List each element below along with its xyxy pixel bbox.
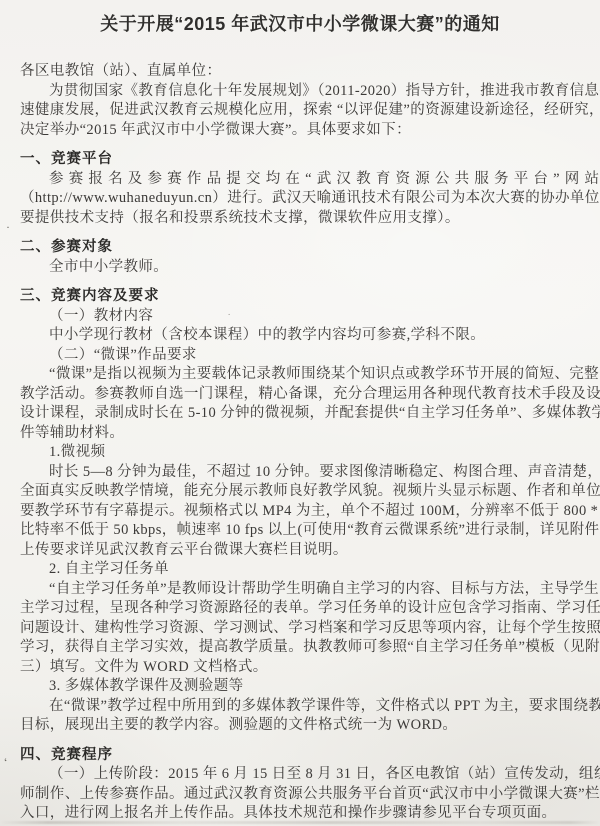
text-line [20,277,580,287]
document-lines: 各区电教馆（站）、直属单位：为贯彻国家《教育信息化十年发展规划》（2011-20… [20,62,580,824]
section-heading: 三、竞赛内容及要求 [20,287,580,307]
text-line: 教学活动。参赛教师自选一门课程，精心备课，充分合理运用各种现代教育技术手段及设备… [20,385,580,405]
text-line: 学习，获得自主学习实效，提高教学质量。执教教师可参照“自主学习任务单”模板（见附… [20,638,580,658]
text-line: 问题设计、建构性学习资源、学习测试、学习档案和学习反思等项内容，让每个学生按照步… [20,619,580,639]
text-line: 决定举办“2015 年武汉市中小学微课大赛”。具体要求如下： [20,121,580,141]
text-line: “微课”是指以视频为主要载体记录教师围绕某个知识点或教学环节开展的简短、完整的 [20,365,580,385]
text-line: 参赛报名及参赛作品提交均在“武汉教育资源公共服务平台”网站 [20,170,580,190]
section-heading: 一、竞赛平台 [20,150,580,170]
text-line: 速健康发展，促进武汉教育云规模化应用，探索 “以评促建”的资源建设新途径，经研究… [20,101,580,121]
text-line: 师制作、上传参赛作品。通过武汉教育资源公共服务平台首页“武汉市中小学微课大赛”栏… [20,785,580,805]
text-line: 三）填写。文件为 WORD 文档格式。 [20,658,580,678]
text-line: 比特率不低于 50 kbps，帧速率 10 fps 以上(可使用“教育云微课系统… [20,521,580,541]
text-line [20,140,580,150]
scan-bottom-edge [0,821,600,824]
text-line: 上传要求详见武汉教育云平台微课大赛栏目说明。 [20,541,580,561]
text-line: （一）上传阶段：2015 年 6 月 15 日至 8 月 31 日，各区电教馆（… [20,765,580,785]
text-line: 在“微课”教学过程中所用到的多媒体教学课件等，文件格式以 PPT 为主，要求围绕… [20,697,580,717]
section-heading: 二、参赛对象 [20,238,580,258]
section-heading: 四、竞赛程序 [20,746,580,766]
text-line: 为贯彻国家《教育信息化十年发展规划》（2011-2020）指导方针，推进我市教育… [20,82,580,102]
scanned-notice-page: { "page": { "title": "关于开展“2015 年武汉市中小学微… [0,0,600,826]
text-line [20,736,580,746]
document-page: 关于开展“2015 年武汉市中小学微课大赛”的通知 各区电教馆（站）、直属单位：… [20,12,580,824]
text-line: 3. 多媒体教学课件及测验题等 [20,677,580,697]
text-line: 全面真实反映教学情境，能充分展示教师良好教学风貌。视频片头显示标题、作者和单位，… [20,482,580,502]
text-line: 主学习过程，呈现各种学习资源路径的表单。学习任务单的设计应包含学习指南、学习任务… [20,599,580,619]
scan-speck-small: . [228,306,230,318]
text-line: 要教学环节有字幕提示。视频格式以 MP4 为主，单个不超过 100M，分辨率不低… [20,502,580,522]
text-line: （http://www.wuhaneduyun.cn）进行。武汉天喻通讯技术有限… [20,189,580,209]
text-line: 全市中小学教师。 [20,258,580,278]
text-line: 中小学现行教材（含校本课程）中的教学内容均可参赛,学科不限。 [20,326,580,346]
scan-speck-tick: ‘ [3,756,9,769]
text-line: 2. 自主学习任务单 [20,560,580,580]
scan-speck-dot: · [6,221,10,233]
text-line [20,228,580,238]
text-line: （一）教材内容 [20,307,580,327]
text-line: 目标，展现出主要的教学内容。测验题的文件格式统一为 WORD。 [20,716,580,736]
document-title: 关于开展“2015 年武汉市中小学微课大赛”的通知 [20,12,580,36]
text-line: “自主学习任务单”是教师设计帮助学生明确自主学习的内容、目标与方法，主导学生自 [20,580,580,600]
text-line: 要提供技术支持（报名和投票系统技术支撑，微课软件应用支撑）。 [20,209,580,229]
text-line: 各区电教馆（站）、直属单位： [20,62,580,82]
text-line: 件等辅助材料。 [20,424,580,444]
text-line: （二）“微课”作品要求 [20,346,580,366]
text-line: 时长 5—8 分钟为最佳，不超过 10 分钟。要求图像清晰稳定、构图合理、声音清… [20,463,580,483]
text-line: 1.微视频 [20,443,580,463]
text-line: 设计课程，录制成时长在 5-10 分钟的微视频，并配套提供“自主学习任务单”、多… [20,404,580,424]
